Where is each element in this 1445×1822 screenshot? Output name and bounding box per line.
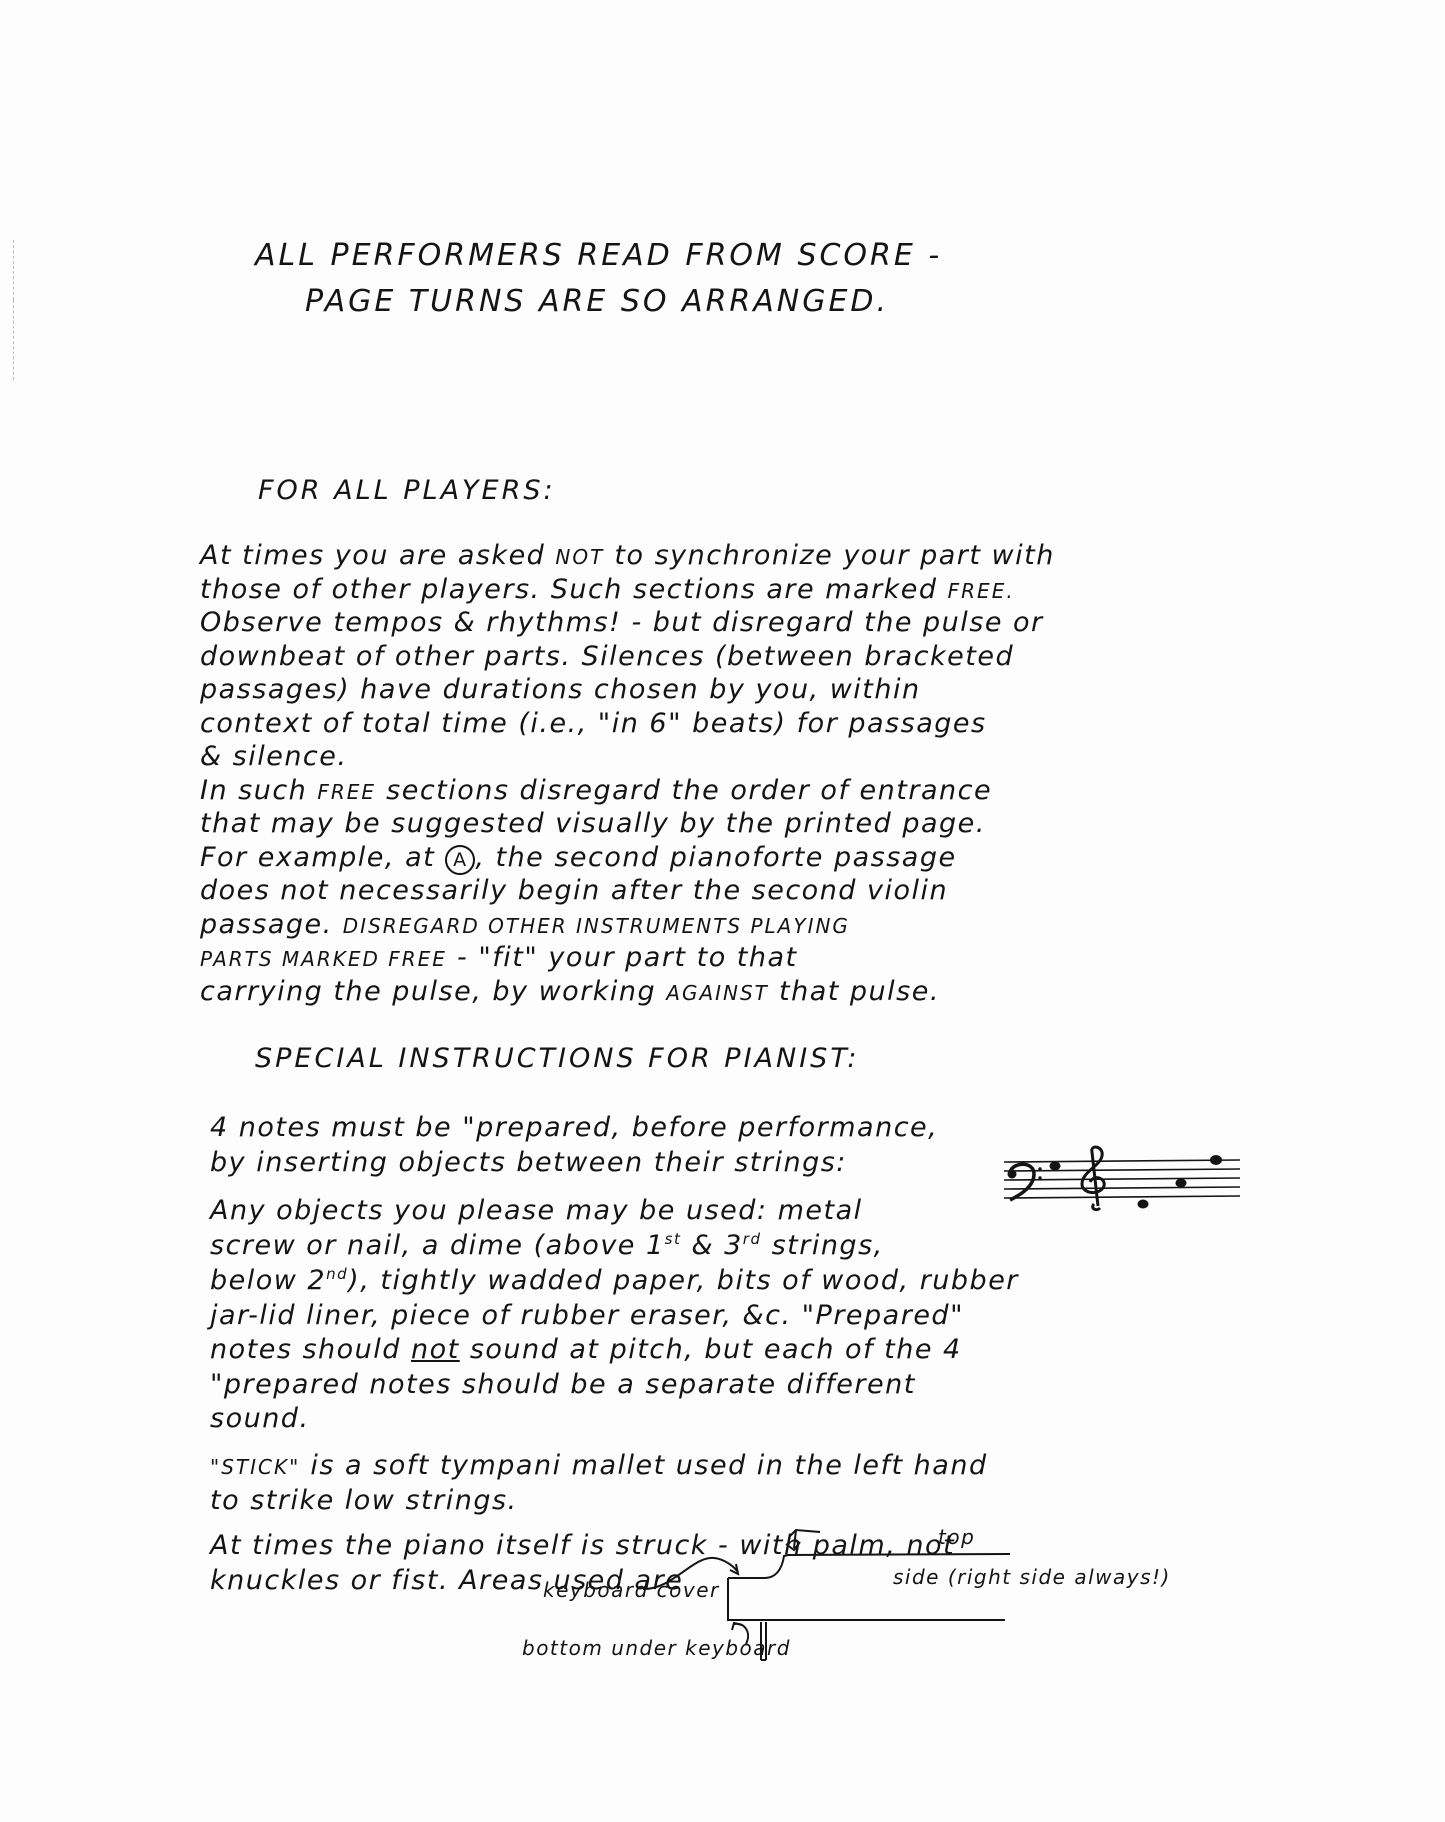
diagram-label-side: side (right side always!) bbox=[893, 1565, 1171, 1589]
text-line: below 2nd), tightly wadded paper, bits o… bbox=[210, 1265, 1019, 1296]
note-head bbox=[1176, 1179, 1187, 1188]
text-line: For example, at A, the second pianoforte… bbox=[200, 842, 957, 875]
scan-artifact bbox=[13, 300, 15, 380]
pianist-heading: SPECIAL INSTRUCTIONS FOR PIANIST: bbox=[255, 1043, 859, 1074]
text-line: "STICK" is a soft tympani mallet used in… bbox=[210, 1450, 988, 1481]
all-players-heading: FOR ALL PLAYERS: bbox=[258, 475, 556, 506]
text-line: jar-lid liner, piece of rubber eraser, &… bbox=[210, 1300, 964, 1331]
text-line: PARTS MARKED FREE - "fit" your part to t… bbox=[200, 942, 798, 973]
text-line: passage. DISREGARD OTHER INSTRUMENTS PLA… bbox=[200, 909, 850, 940]
rehearsal-mark: A bbox=[445, 845, 475, 875]
text-line: & silence. bbox=[200, 741, 347, 772]
text-line: sound. bbox=[210, 1403, 310, 1434]
text-line: those of other players. Such sections ar… bbox=[200, 574, 1015, 605]
header-line-1: ALL PERFORMERS READ FROM SCORE - bbox=[255, 238, 942, 273]
note-head bbox=[1210, 1155, 1222, 1165]
text-line: by inserting objects between their strin… bbox=[210, 1147, 847, 1178]
text-line: In such FREE sections disregard the orde… bbox=[200, 775, 992, 806]
text-line: downbeat of other parts. Silences (betwe… bbox=[200, 641, 1014, 672]
text-line: that may be suggested visually by the pr… bbox=[200, 808, 986, 839]
text-line: screw or nail, a dime (above 1st & 3rd s… bbox=[210, 1230, 884, 1261]
diagram-label-keyboard-cover: keyboard cover bbox=[543, 1578, 720, 1602]
text-line: carrying the pulse, by working AGAINST t… bbox=[200, 976, 940, 1007]
prepared-notes-staff bbox=[1000, 1148, 1245, 1218]
text-line: context of total time (i.e., "in 6" beat… bbox=[200, 708, 987, 739]
text-line: Observe tempos & rhythms! - but disregar… bbox=[200, 607, 1044, 638]
text-line: 4 notes must be "prepared, before perfor… bbox=[210, 1112, 938, 1143]
text-line: Any objects you please may be used: meta… bbox=[210, 1195, 863, 1226]
text-line: to strike low strings. bbox=[210, 1485, 518, 1516]
treble-clef-icon bbox=[1082, 1147, 1104, 1210]
scan-artifact bbox=[13, 240, 15, 300]
text-line: passages) have durations chosen by you, … bbox=[200, 674, 921, 705]
bass-clef-icon bbox=[1008, 1164, 1042, 1200]
diagram-label-bottom: bottom under keyboard bbox=[522, 1636, 791, 1660]
piano-areas-diagram bbox=[520, 1520, 1220, 1690]
text-line: "prepared notes should be a separate dif… bbox=[210, 1369, 916, 1400]
header-line-2: PAGE TURNS ARE SO ARRANGED. bbox=[305, 284, 889, 319]
diagram-label-top: top bbox=[938, 1525, 975, 1549]
text-line: At times you are asked NOT to synchroniz… bbox=[200, 540, 1055, 571]
text-line: does not necessarily begin after the sec… bbox=[200, 875, 948, 906]
note-head bbox=[1050, 1162, 1061, 1171]
text-line: notes should not sound at pitch, but eac… bbox=[210, 1334, 962, 1365]
note-head bbox=[1138, 1200, 1149, 1209]
score-instructions-page: ALL PERFORMERS READ FROM SCORE - PAGE TU… bbox=[0, 0, 1445, 1822]
